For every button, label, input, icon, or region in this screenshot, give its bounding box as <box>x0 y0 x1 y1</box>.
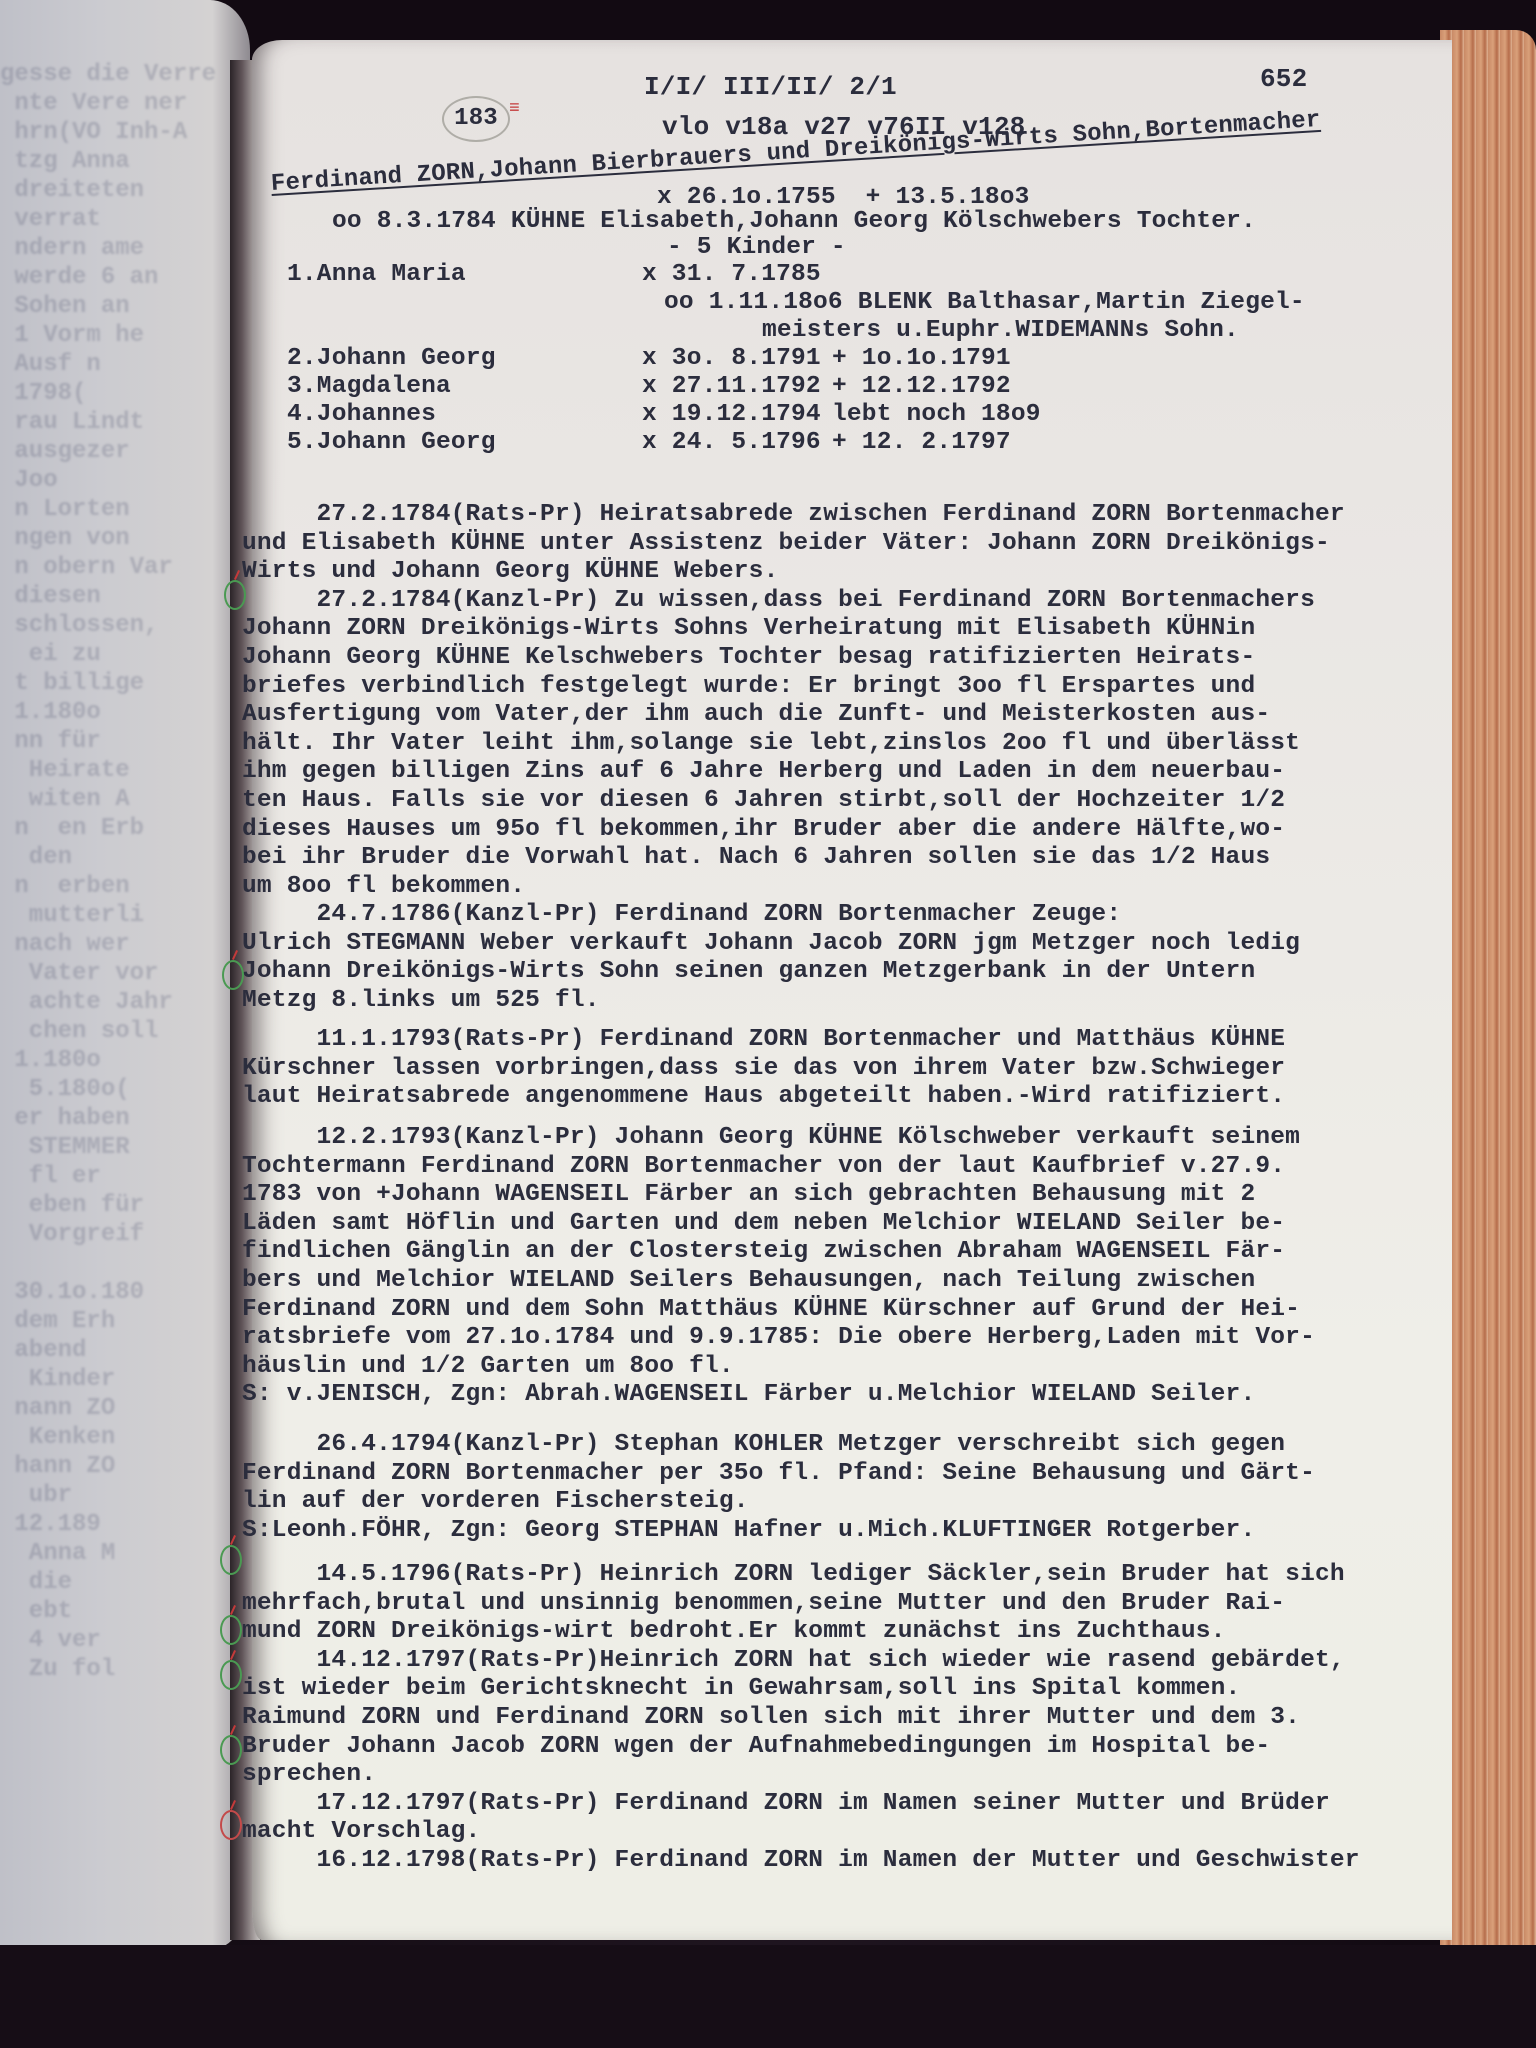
circled-entry-number: 183 ≡ <box>442 96 510 142</box>
entry-line: Raimund ZORN und Ferdinand ZORN sollen s… <box>242 1703 1300 1733</box>
margin-mark-icon <box>220 1615 242 1645</box>
child-note: meisters u.Euphr.WIDEMANNs Sohn. <box>762 316 1239 346</box>
entry-line: 24.7.1786(Kanzl-Pr) Ferdinand ZORN Borte… <box>242 900 1121 930</box>
entry-line: ratsbriefe vom 27.1o.1784 und 9.9.1785: … <box>242 1323 1315 1353</box>
entry-line: Bruder Johann Jacob ZORN wgen der Aufnah… <box>242 1732 1270 1762</box>
entry-line: 14.12.1797(Rats-Pr)Heinrich ZORN hat sic… <box>242 1646 1345 1676</box>
entry-line: S:Leonh.FÖHR, Zgn: Georg STEPHAN Hafner … <box>242 1516 1255 1546</box>
left-page: gesse die Verre nte Vere ner hrn(VO Inh-… <box>0 0 250 1950</box>
entry-line: 27.2.1784(Rats-Pr) Heiratsabrede zwische… <box>242 500 1345 530</box>
child-note: + 12. 2.1797 <box>832 428 1011 458</box>
margin-mark-icon <box>220 1735 242 1765</box>
entry-line: Ferdinand ZORN und dem Sohn Matthäus KÜH… <box>242 1295 1300 1325</box>
entry-line: S: v.JENISCH, Zgn: Abrah.WAGENSEIL Färbe… <box>242 1380 1255 1410</box>
margin-mark-icon <box>220 1810 242 1840</box>
entry-line: Ausfertigung vom Vater,der ihm auch die … <box>242 700 1270 730</box>
child-born: x 3o. 8.1791 <box>642 344 821 374</box>
entry-line: sprechen. <box>242 1760 376 1790</box>
child-note: + 1o.1o.1791 <box>832 344 1011 374</box>
entry-line: Ferdinand ZORN Bortenmacher per 35o fl. … <box>242 1459 1315 1489</box>
entry-line: 11.1.1793(Rats-Pr) Ferdinand ZORN Borten… <box>242 1025 1285 1055</box>
entry-line: 27.2.1784(Kanzl-Pr) Zu wissen,dass bei F… <box>242 586 1315 616</box>
entry-line: 14.5.1796(Rats-Pr) Heinrich ZORN lediger… <box>242 1560 1345 1590</box>
entry-line: bei ihr Bruder die Vorwahl hat. Nach 6 J… <box>242 843 1270 873</box>
entry-line: 16.12.1798(Rats-Pr) Ferdinand ZORN im Na… <box>242 1846 1360 1876</box>
entry-line: Läden samt Höflin und Garten und dem neb… <box>242 1209 1285 1239</box>
child-note: oo 1.11.18o6 BLENK Balthasar,Martin Zieg… <box>664 288 1305 318</box>
entry-line: mehrfach,brutal und unsinnig benommen,se… <box>242 1589 1285 1619</box>
entry-line: häuslin und 1/2 Garten um 8oo fl. <box>242 1352 734 1382</box>
entry-line: Kürschner lassen vorbringen,dass sie das… <box>242 1054 1285 1084</box>
red-mark-icon: ≡ <box>509 88 520 130</box>
table-surface <box>0 1945 1536 2048</box>
entry-line: Johann ZORN Dreikönigs-Wirts Sohns Verhe… <box>242 614 1255 644</box>
entry-line: 26.4.1794(Kanzl-Pr) Stephan KOHLER Metzg… <box>242 1430 1285 1460</box>
entry-line: lin auf der vorderen Fischersteig. <box>242 1487 749 1517</box>
entry-line: hält. Ihr Vater leiht ihm,solange sie le… <box>242 729 1300 759</box>
entry-line: 1783 von +Johann WAGENSEIL Färber an sic… <box>242 1180 1255 1210</box>
child-name: 2.Johann Georg <box>287 344 496 374</box>
margin-mark-icon <box>222 960 244 990</box>
entry-line: und Elisabeth KÜHNE unter Assistenz beid… <box>242 529 1330 559</box>
entry-line: laut Heiratsabrede angenommene Haus abge… <box>242 1082 1285 1112</box>
entry-line: ist wieder beim Gerichtsknecht in Gewahr… <box>242 1674 1240 1704</box>
entry-line: macht Vorschlag. <box>242 1817 480 1847</box>
page-edges <box>1440 30 1536 1990</box>
margin-mark-icon <box>220 1545 242 1575</box>
child-name: 4.Johannes <box>287 400 436 430</box>
entry-line: Ulrich STEGMANN Weber verkauft Johann Ja… <box>242 929 1300 959</box>
entry-line: 12.2.1793(Kanzl-Pr) Johann Georg KÜHNE K… <box>242 1123 1300 1153</box>
entry-line: Johann Georg KÜHNE Kelschwebers Tochter … <box>242 643 1255 673</box>
entry-line: Metzg 8.links um 525 fl. <box>242 986 600 1016</box>
entry-line: Johann Dreikönigs-Wirts Sohn seinen ganz… <box>242 957 1255 987</box>
entry-line: bers und Melchior WIELAND Seilers Behaus… <box>242 1266 1255 1296</box>
entry-line: ten Haus. Falls sie vor diesen 6 Jahren … <box>242 786 1285 816</box>
child-born: x 31. 7.1785 <box>642 260 821 290</box>
entry-line: Tochtermann Ferdinand ZORN Bortenmacher … <box>242 1152 1285 1182</box>
child-name: 1.Anna Maria <box>287 260 466 290</box>
child-born: x 24. 5.1796 <box>642 428 821 458</box>
child-born: x 19.12.1794 <box>642 400 821 430</box>
child-note: + 12.12.1792 <box>832 372 1011 402</box>
entry-line: dieses Hauses um 95o fl bekommen,ihr Bru… <box>242 815 1285 845</box>
child-note: lebt noch 18o9 <box>832 400 1041 430</box>
entry-line: um 8oo fl bekommen. <box>242 872 525 902</box>
entry-line: Wirts und Johann Georg KÜHNE Webers. <box>242 557 779 587</box>
margin-mark-icon <box>224 580 246 610</box>
entry-line: briefes verbindlich festgelegt wurde: Er… <box>242 672 1255 702</box>
child-name: 5.Johann Georg <box>287 428 496 458</box>
entry-line: findlichen Gänglin an der Clostersteig z… <box>242 1237 1285 1267</box>
circled-number-text: 183 <box>454 105 498 132</box>
archive-reference: I/I/ III/II/ 2/1 <box>644 72 897 102</box>
page-number: 652 <box>1260 64 1307 94</box>
child-born: x 27.11.1792 <box>642 372 821 402</box>
children-count: - 5 Kinder - <box>667 233 846 263</box>
left-page-bleed-text: gesse die Verre nte Vere ner hrn(VO Inh-… <box>0 60 240 1684</box>
child-name: 3.Magdalena <box>287 372 451 402</box>
margin-mark-icon <box>220 1660 242 1690</box>
entry-line: ihm gegen billigen Zins auf 6 Jahre Herb… <box>242 757 1285 787</box>
entry-line: mund ZORN Dreikönigs-wirt bedroht.Er kom… <box>242 1617 1226 1647</box>
entry-line: 17.12.1797(Rats-Pr) Ferdinand ZORN im Na… <box>242 1789 1330 1819</box>
